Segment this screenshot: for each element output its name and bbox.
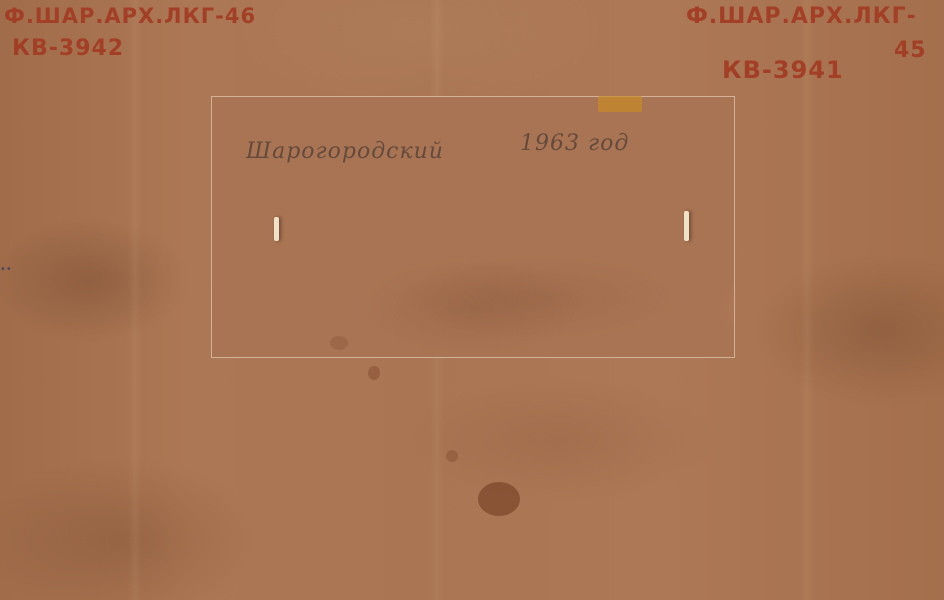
staple-left — [274, 217, 279, 241]
staple-right — [684, 211, 689, 241]
archive-stamp-left-line2: КВ-3942 — [12, 36, 124, 61]
archive-stamp-right-line2: КВ-3941 — [722, 56, 844, 84]
texture-streak — [800, 0, 814, 600]
edge-marks: •• — [0, 264, 12, 275]
texture-streak — [128, 0, 142, 600]
tape-fragment — [598, 96, 642, 112]
stain — [478, 482, 520, 516]
stain — [368, 366, 380, 380]
pencil-inscription-name: Шарогородский — [246, 139, 444, 164]
cardboard-back: Ф.ШАР.АРХ.ЛКГ-46 КВ-3942 Ф.ШАР.АРХ.ЛКГ- … — [0, 0, 944, 600]
archive-stamp-left-line1: Ф.ШАР.АРХ.ЛКГ-46 — [4, 4, 256, 28]
pencil-inscription-year: 1963 год — [520, 131, 629, 156]
stain — [330, 336, 348, 350]
stain — [446, 450, 458, 462]
archive-stamp-right-suffix: 45 — [894, 38, 927, 63]
archive-stamp-right-line1: Ф.ШАР.АРХ.ЛКГ- — [686, 4, 917, 29]
pasted-label: Шарогородский 1963 год — [211, 96, 735, 358]
